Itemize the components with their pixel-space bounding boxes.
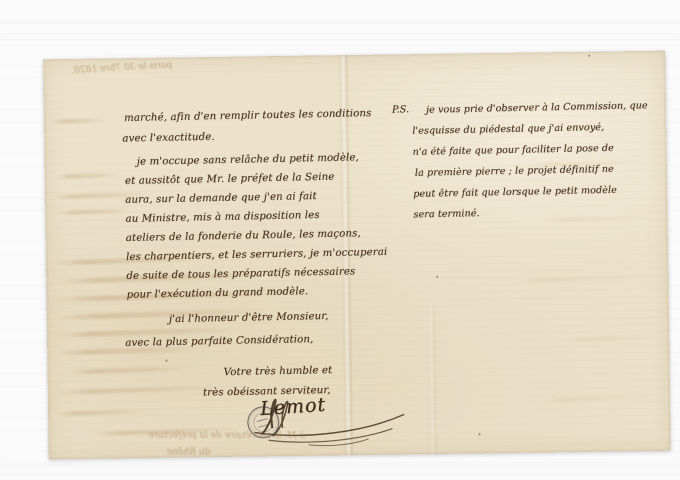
letter-line: aura, sur la demande que j'en ai fait (125, 191, 317, 206)
paper-speck (436, 276, 438, 278)
letter-line: avec l'exactitude. (122, 132, 215, 145)
right-page: P.S. je vous prie d'observer à la Commis… (43, 51, 665, 60)
bleedthrough-strip (59, 209, 129, 215)
letter-line: de suite de tous les préparatifs nécessa… (126, 266, 355, 282)
letter-sheet: paris le 30 7bre 1820. marché, afin d'en… (43, 51, 671, 460)
bleedthrough-strip (52, 118, 107, 124)
scanner-streak (0, 22, 680, 24)
bleedthrough-strip (545, 215, 650, 222)
scanner-streak (0, 474, 680, 475)
valediction-line: Votre très humble et (224, 365, 333, 378)
bleedthrough-strip (57, 173, 119, 179)
bleedthrough-address: du Rhône (167, 447, 211, 457)
ps-line: la première pierre ; le projet définitif… (415, 164, 614, 179)
ps-label: P.S. (392, 104, 409, 115)
fold-crease (427, 304, 438, 454)
bleedthrough-strip (516, 275, 651, 283)
bleedthrough-address: à M. le secrétaire de la préfecture (148, 431, 304, 442)
ps-line: je vous prie d'observer à la Commission,… (426, 100, 648, 115)
left-page: marché, afin d'en remplir toutes les con… (43, 51, 665, 60)
bleedthrough-strip (56, 409, 148, 416)
bleedthrough-date: paris le 30 7bre 1820. (71, 60, 172, 76)
letter-line: au Ministre, mis à ma disposition les (125, 210, 319, 225)
scanner-streak (0, 464, 680, 466)
ps-line: n'a été faite que pour faciliter la pose… (412, 143, 613, 158)
bleedthrough-strip (538, 395, 653, 403)
bleedthrough-strip (68, 366, 190, 374)
letter-line: ateliers de la fonderie du Roule, les ma… (126, 228, 361, 244)
letter-line: je m'occupe sans relâche du petit modèle… (137, 152, 359, 167)
ps-line: sera terminé. (413, 208, 479, 220)
paper-speck (588, 55, 590, 57)
letter-line: et aussitôt que Mr. le préfet de la Sein… (125, 172, 335, 187)
letter-line: pour l'exécution du grand modèle. (126, 286, 308, 301)
closing-line: avec la plus parfaite Considération, (125, 334, 313, 349)
paper-speck (165, 360, 167, 362)
bleedthrough-strip (567, 335, 657, 342)
ps-line: l'esquisse du piédestal que j'ai envoyé, (412, 122, 604, 137)
bleedthrough-strip (58, 386, 220, 395)
scanner-streak (0, 39, 680, 40)
ps-line: peut être fait que lorsque le petit modè… (413, 185, 617, 200)
letter-line: marché, afin d'en remplir toutes les con… (124, 108, 372, 124)
paper-speck (479, 433, 481, 435)
scan-background: paris le 30 7bre 1820. marché, afin d'en… (0, 0, 680, 480)
closing-line: j'ai l'honneur d'être Monsieur, (169, 311, 329, 325)
